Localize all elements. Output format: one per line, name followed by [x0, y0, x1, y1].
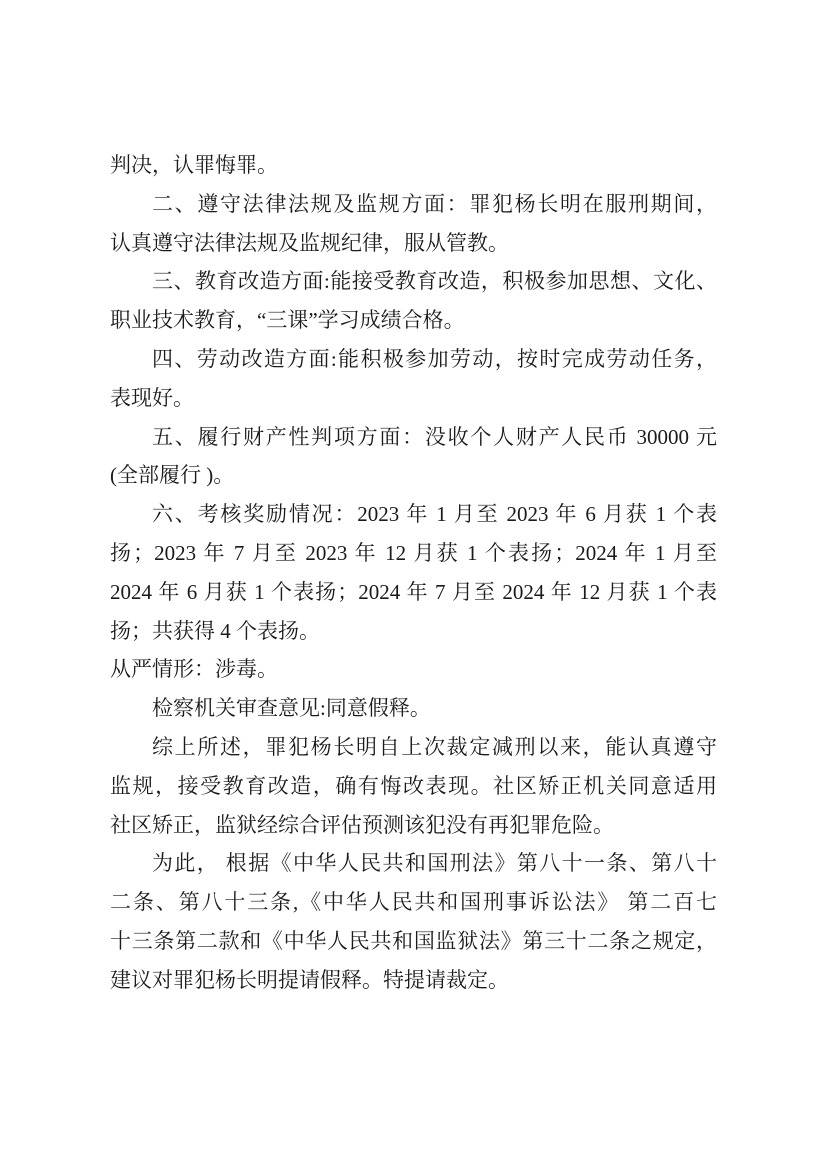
text-line: 检察机关审查意见:同意假释。	[110, 689, 717, 728]
text-line: 社区矫正，监狱经综合评估预测该犯没有再犯罪危险。	[110, 806, 717, 845]
text-line: (全部履行 )。	[110, 456, 717, 495]
text-line: 二、遵守法律法规及监规方面：罪犯杨长明在服刑期间，	[110, 185, 717, 224]
text-line: 职业技术教育，“三课”学习成绩合格。	[110, 301, 717, 340]
document-body: 判决，认罪悔罪。 二、遵守法律法规及监规方面：罪犯杨长明在服刑期间， 认真遵守法…	[110, 146, 717, 1000]
text-line: 五、履行财产性判项方面：没收个人财产人民币 30000 元	[110, 418, 717, 457]
text-line: 六、考核奖励情况：2023 年 1 月至 2023 年 6 月获 1 个表	[110, 495, 717, 534]
text-line: 十三条第二款和《中华人民共和国监狱法》第三十二条之规定，	[110, 922, 717, 961]
text-line: 为此， 根据《中华人民共和国刑法》第八十一条、第八十	[110, 844, 717, 883]
text-line: 扬；共获得 4 个表扬。	[110, 612, 717, 651]
text-line: 表现好。	[110, 379, 717, 418]
text-line: 判决，认罪悔罪。	[110, 146, 717, 185]
text-line: 三、教育改造方面:能接受教育改造，积极参加思想、文化、	[110, 262, 717, 301]
text-line: 2024 年 6 月获 1 个表扬；2024 年 7 月至 2024 年 12 …	[110, 573, 717, 612]
text-line: 从严情形：涉毒。	[110, 650, 717, 689]
text-line: 扬；2023 年 7 月至 2023 年 12 月获 1 个表扬；2024 年 …	[110, 534, 717, 573]
document-page: 判决，认罪悔罪。 二、遵守法律法规及监规方面：罪犯杨长明在服刑期间， 认真遵守法…	[0, 0, 827, 1169]
text-line: 认真遵守法律法规及监规纪律，服从管教。	[110, 224, 717, 263]
text-line: 四、劳动改造方面:能积极参加劳动，按时完成劳动任务，	[110, 340, 717, 379]
text-line: 综上所述，罪犯杨长明自上次裁定减刑以来，能认真遵守	[110, 728, 717, 767]
text-line: 监规，接受教育改造，确有悔改表现。社区矫正机关同意适用	[110, 767, 717, 806]
text-line: 二条、第八十三条,《中华人民共和国刑事诉讼法》 第二百七	[110, 883, 717, 922]
text-line: 建议对罪犯杨长明提请假释。特提请裁定。	[110, 961, 717, 1000]
